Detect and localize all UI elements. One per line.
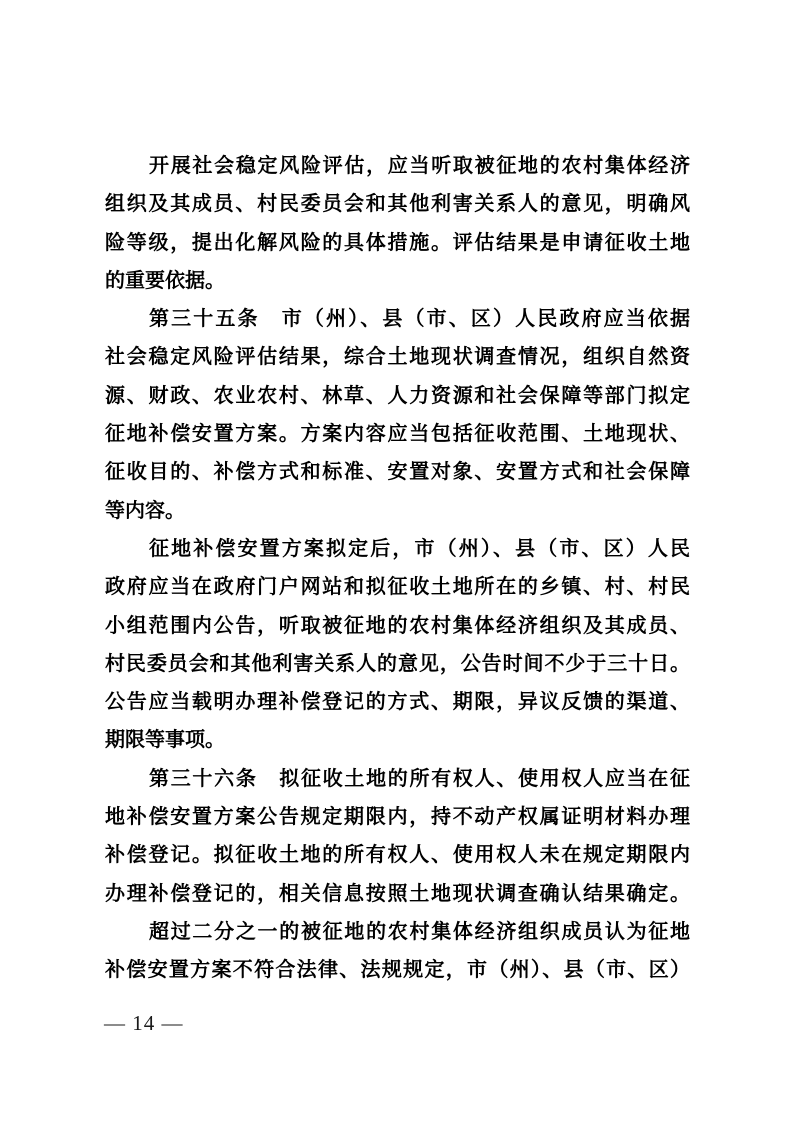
text-line: 征地补偿安置方案。方案内容应当包括征收范围、土地现状、: [105, 415, 690, 453]
text-line: 办理补偿登记的，相关信息按照土地现状调查确认结果确定。: [105, 875, 690, 913]
text-line: 第三十五条 市（州）、县（市、区）人民政府应当依据: [105, 300, 690, 338]
text-line: 的重要依据。: [105, 262, 690, 300]
text-line: 组织及其成员、村民委员会和其他利害关系人的意见，明确风: [105, 185, 690, 223]
document-body: 开展社会稳定风险评估，应当听取被征地的农村集体经济组织及其成员、村民委员会和其他…: [105, 147, 690, 990]
text-line: 村民委员会和其他利害关系人的意见，公告时间不少于三十日。: [105, 645, 690, 683]
text-line: 社会稳定风险评估结果，综合土地现状调查情况，组织自然资: [105, 338, 690, 376]
text-line: 开展社会稳定风险评估，应当听取被征地的农村集体经济: [105, 147, 690, 185]
text-line: 征收目的、补偿方式和标准、安置对象、安置方式和社会保障: [105, 453, 690, 491]
text-line: 地补偿安置方案公告规定期限内，持不动产权属证明材料办理: [105, 798, 690, 836]
text-line: 超过二分之一的被征地的农村集体经济组织成员认为征地: [105, 913, 690, 951]
text-line: 小组范围内公告，听取被征地的农村集体经济组织及其成员、: [105, 607, 690, 645]
text-line: 期限等事项。: [105, 721, 690, 759]
document-page: 开展社会稳定风险评估，应当听取被征地的农村集体经济组织及其成员、村民委员会和其他…: [0, 0, 793, 1122]
text-line: 补偿安置方案不符合法律、法规规定，市（州）、县（市、区）: [105, 951, 690, 989]
text-line: 政府应当在政府门户网站和拟征收土地所在的乡镇、村、村民: [105, 568, 690, 606]
text-line: 等内容。: [105, 492, 690, 530]
text-line: 征地补偿安置方案拟定后，市（州）、县（市、区）人民: [105, 530, 690, 568]
text-line: 险等级，提出化解风险的具体措施。评估结果是申请征收土地: [105, 224, 690, 262]
text-line: 补偿登记。拟征收土地的所有权人、使用权人未在规定期限内: [105, 836, 690, 874]
text-line: 公告应当载明办理补偿登记的方式、期限，异议反馈的渠道、: [105, 683, 690, 721]
text-line: 第三十六条 拟征收土地的所有权人、使用权人应当在征: [105, 760, 690, 798]
page-number: — 14 —: [104, 1011, 184, 1036]
text-line: 源、财政、农业农村、林草、人力资源和社会保障等部门拟定: [105, 377, 690, 415]
